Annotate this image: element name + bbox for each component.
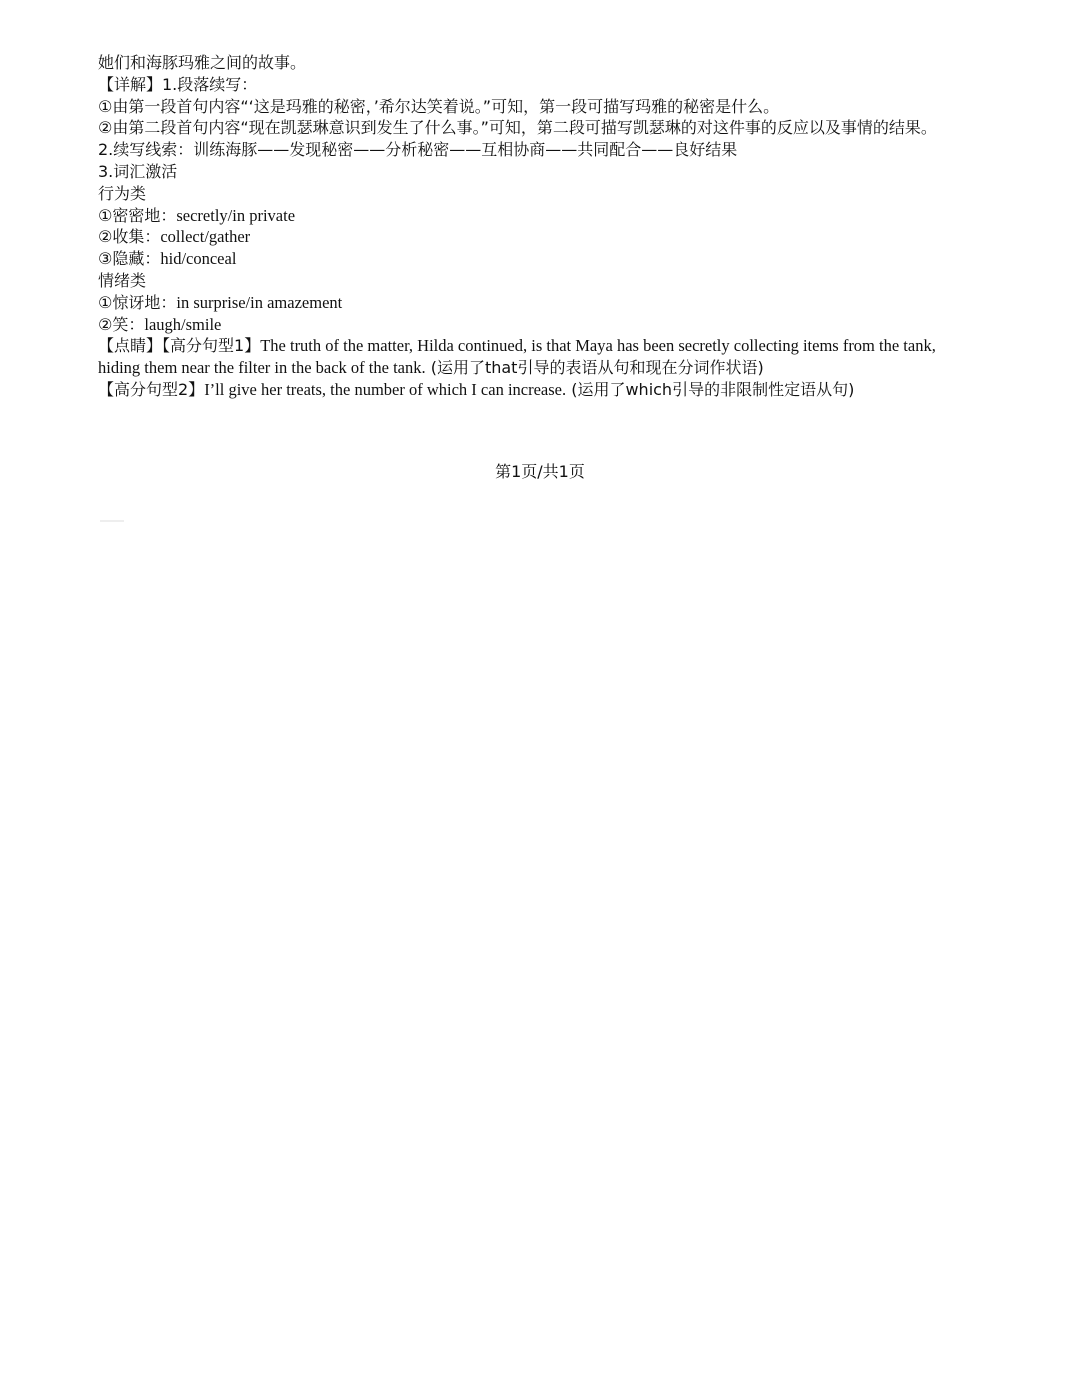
sentence-1-tag: 【高分句型1】 [162,336,260,355]
high-score-sentence-2: 【高分句型2】I’ll give her treats, the number … [98,379,978,401]
vocab-value: secretly/in private [176,206,295,225]
story-intro-line: 她们和海豚玛雅之间的故事。 [98,52,978,74]
vocab-heading: 3.词汇激活 [98,161,978,183]
faint-mark [100,520,124,522]
vocab-item: ①密密地：secretly/in private [98,205,978,227]
sentence-2-text: I’ll give her treats, the number of whic… [204,380,566,399]
vocab-label: ③隐藏： [98,249,160,268]
vocab-item: ②笑：laugh/smile [98,314,978,336]
page-indicator: 第1页/共1页 [0,459,1080,482]
vocab-value: in surprise/in amazement [176,293,342,312]
vocab-label: ②收集： [98,227,160,246]
sentence-1-note: (运用了that引导的表语从句和现在分词作状语) [431,358,764,377]
vocab-label: ①惊讶地： [98,293,176,312]
detail-heading: 【详解】1.段落续写： [98,74,978,96]
behavior-category-heading: 行为类 [98,183,978,205]
vocab-label: ②笑： [98,315,144,334]
paragraph-1-hint: ①由第一段首句内容“‘这是玛雅的秘密，’希尔达笑着说。”可知，第一段可描写玛雅的… [98,96,978,118]
high-score-sentence-1: 【点睛】【高分句型1】The truth of the matter, Hild… [98,335,978,379]
vocab-item: ③隐藏：hid/conceal [98,248,978,270]
sentence-2-tag: 【高分句型2】 [98,380,204,399]
vocab-value: hid/conceal [160,249,236,268]
paragraph-2-hint: ②由第二段首句内容“现在凯瑟琳意识到发生了什么事。”可知，第二段可描写凯瑟琳的对… [98,117,978,139]
vocab-value: collect/gather [160,227,250,246]
vocab-item: ②收集：collect/gather [98,226,978,248]
vocab-label: ①密密地： [98,206,176,225]
emotion-category-heading: 情绪类 [98,270,978,292]
sentence-2-note: (运用了which引导的非限制性定语从句) [571,380,854,399]
dianjing-tag: 【点睛】 [98,336,162,355]
writing-clues: 2.续写线索：训练海豚——发现秘密——分析秘密——互相协商——共同配合——良好结… [98,139,978,161]
vocab-item: ①惊讶地：in surprise/in amazement [98,292,978,314]
document-body: 她们和海豚玛雅之间的故事。 【详解】1.段落续写： ①由第一段首句内容“‘这是玛… [98,52,978,401]
vocab-value: laugh/smile [144,315,221,334]
